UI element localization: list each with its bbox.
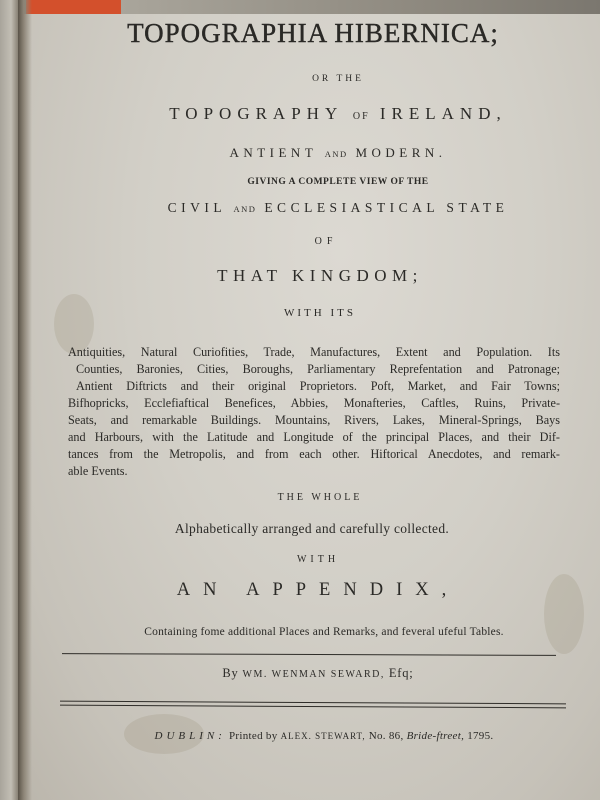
containing-line: Containing fome additional Places and Re… <box>36 626 600 638</box>
title-page-text: TOPOGRAPHIA HIBERNICA; OR THE TOPOGRAPHY… <box>24 14 600 800</box>
divider-rule <box>62 653 556 656</box>
title-page: TOPOGRAPHIA HIBERNICA; OR THE TOPOGRAPHY… <box>24 14 600 800</box>
book-title: TOPOGRAPHIA HIBERNICA; <box>58 18 568 49</box>
with-line: WITH <box>30 554 600 565</box>
divider-rule <box>60 705 566 709</box>
modern-word: MODERN. <box>355 145 446 160</box>
of-line: OF <box>38 236 600 247</box>
ecclesiastical-word: ECCLESIASTICAL STATE <box>264 200 508 215</box>
author-line: By WM. WENMAN SEWARD, Efq; <box>30 666 600 681</box>
contents-line: Seats, and remarkable Buildings. Mountai… <box>68 412 560 429</box>
giving-line: GIVING A COMPLETE VIEW OF THE <box>50 177 600 187</box>
with-its-line: WITH ITS <box>32 307 600 319</box>
appendix-line: AN APPENDIX, <box>30 580 600 601</box>
civil-word: CIVIL <box>168 200 226 215</box>
author-suffix: Efq; <box>389 666 414 680</box>
imprint-street: Bride-ftreet, <box>407 730 465 742</box>
contents-paragraph: Antiquities, Natural Curiofities, Trade,… <box>68 344 560 480</box>
gutter-shadow <box>18 0 32 800</box>
and-word: AND <box>234 204 257 214</box>
subtitle-place: IRELAND, <box>380 104 507 123</box>
subtitle-topography: TOPOGRAPHY OF IRELAND, <box>50 104 600 124</box>
and-word: AND <box>325 149 348 159</box>
contents-line: and Harbours, with the Latitude and Long… <box>68 429 560 446</box>
contents-line: Bifhopricks, Ecclefiaftical Benefices, A… <box>68 395 560 412</box>
civil-ecclesiastical-line: CIVIL AND ECCLESIASTICAL STATE <box>50 200 600 216</box>
antient-word: ANTIENT <box>229 145 317 160</box>
imprint-address: No. 86, <box>369 730 404 742</box>
contents-line: Counties, Baronies, Cities, Boroughs, Pa… <box>68 361 560 378</box>
imprint-line: DUBLIN: Printed by ALEX. STEWART, No. 86… <box>36 730 600 742</box>
arranged-line: Alphabetically arranged and carefully co… <box>24 521 600 537</box>
imprint-printed-by: Printed by <box>229 730 278 742</box>
contents-line: Antient Diftricts and their original Pro… <box>68 378 560 395</box>
contents-line: able Events. <box>68 463 560 480</box>
subtitle-main: TOPOGRAPHY <box>169 104 342 123</box>
kingdom-line: THAT KINGDOM; <box>32 266 600 286</box>
author-by: By <box>222 666 238 680</box>
antient-modern-line: ANTIENT AND MODERN. <box>50 145 600 161</box>
author-name: WM. WENMAN SEWARD, <box>243 669 385 680</box>
or-the-line: OR THE <box>50 74 600 84</box>
subtitle-of: OF <box>353 111 370 122</box>
imprint-city: DUBLIN: <box>155 730 226 742</box>
imprint-year: 1795. <box>467 730 493 742</box>
background-surface <box>121 0 600 14</box>
divider-rule <box>60 701 566 705</box>
the-whole-line: THE WHOLE <box>32 492 600 503</box>
imprint-printer: ALEX. STEWART, <box>281 731 366 741</box>
contents-line: tances from the Metropolis, and from eac… <box>68 446 560 463</box>
contents-line: Antiquities, Natural Curiofities, Trade,… <box>68 344 560 361</box>
